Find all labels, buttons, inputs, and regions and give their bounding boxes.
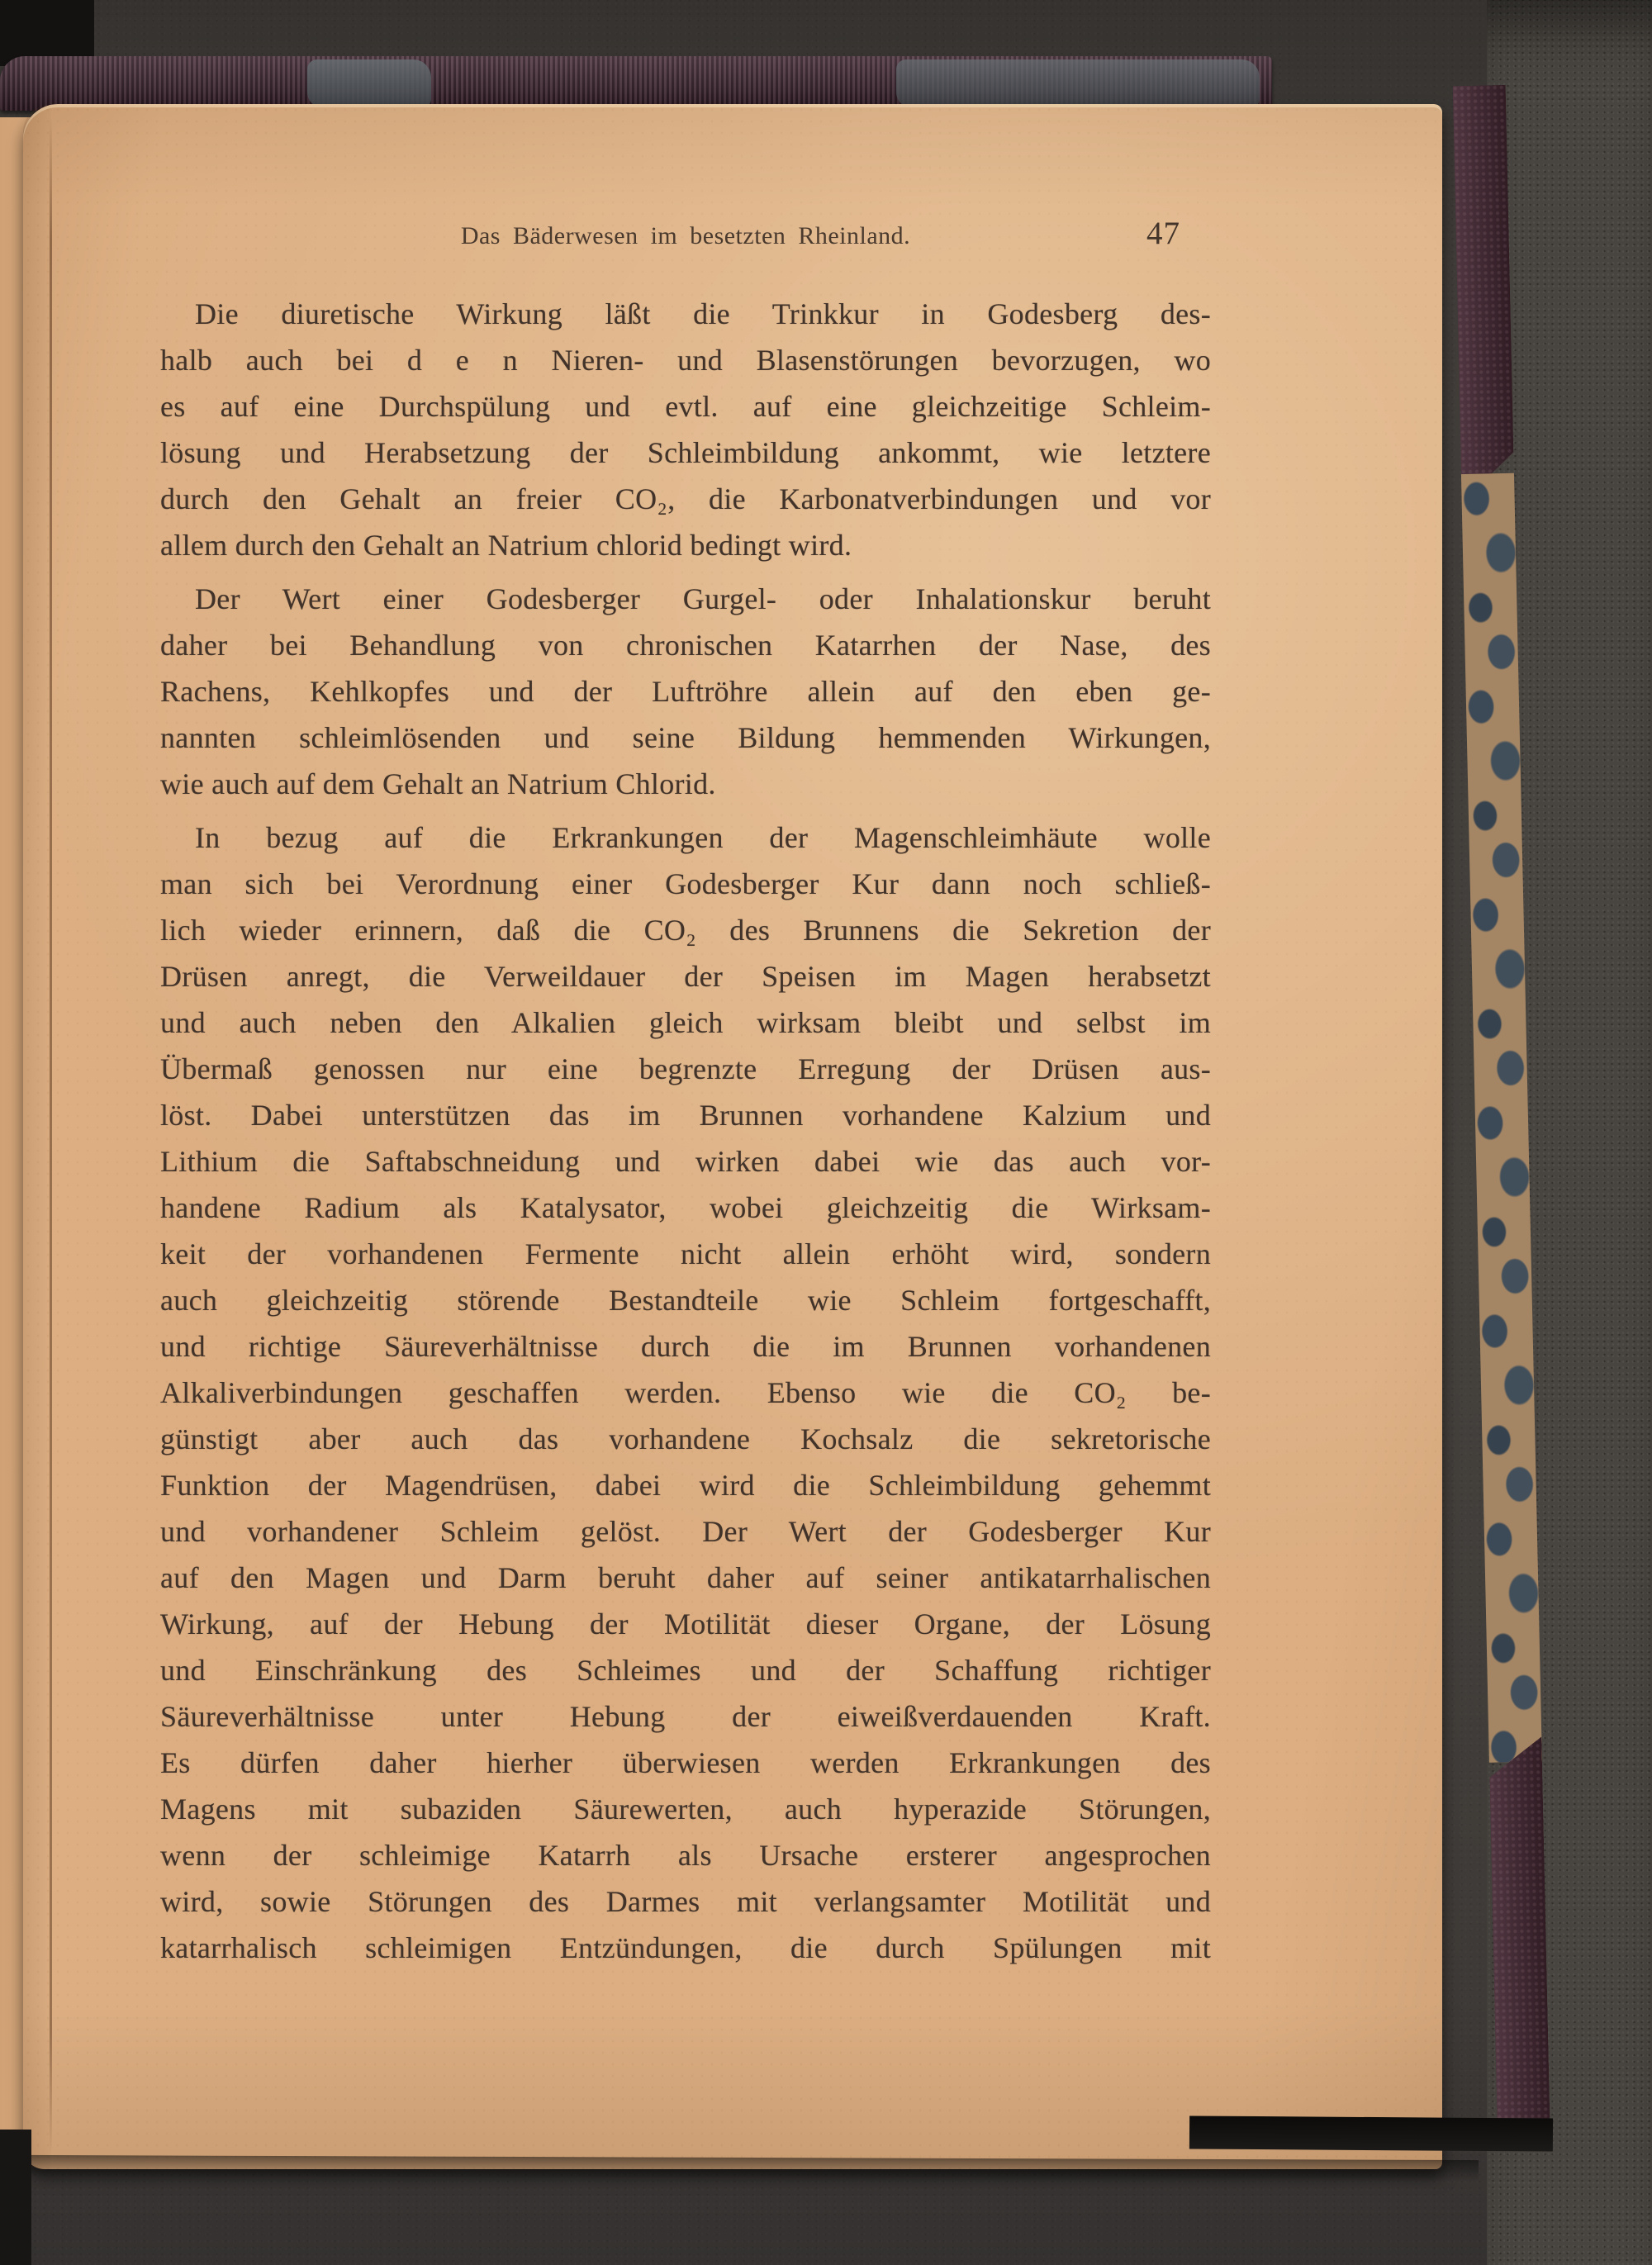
paragraph: Der Wert einer Godesberger Gurgel- oder … [160, 576, 1211, 807]
text-line: keit der vorhandenen Fermente nicht alle… [160, 1231, 1211, 1277]
text-line: Magens mit subaziden Säurewerten, auch h… [160, 1786, 1211, 1832]
leather-corner-top [1453, 85, 1515, 503]
text-line: Drüsen anregt, die Verweildauer der Spei… [160, 953, 1211, 1000]
bottom-left-dark-gap [0, 2130, 31, 2265]
book-page-scan: Das Bäderwesen im besetzten Rheinland. 4… [0, 0, 1652, 2265]
text-line: auch gleichzeitig störende Bestandteile … [160, 1277, 1211, 1323]
text-line: In bezug auf die Erkrankungen der Magens… [160, 814, 1211, 861]
text-line: durch den Gehalt an freier CO₂, die Karb… [160, 476, 1211, 522]
text-line: allem durch den Gehalt an Natrium chlori… [160, 522, 1211, 568]
text-line: lich wieder erinnern, daß die CO₂ des Br… [160, 907, 1211, 953]
paragraph: In bezug auf die Erkrankungen der Magens… [160, 814, 1211, 1971]
body-text: Die diuretische Wirkung läßt die Trinkku… [160, 291, 1211, 1978]
text-line: katarrhalisch schleimigen Entzündungen, … [160, 1925, 1211, 1971]
headband-worn-patch [896, 59, 1260, 107]
book-page: Das Bäderwesen im besetzten Rheinland. 4… [23, 104, 1442, 2169]
text-line: und vorhandener Schleim gelöst. Der Wert… [160, 1508, 1211, 1555]
text-line: Die diuretische Wirkung läßt die Trinkku… [160, 291, 1211, 337]
text-line: halb auch bei d e n Nieren- und Blasenst… [160, 337, 1211, 383]
text-line: löst. Dabei unterstützen das im Brunnen … [160, 1092, 1211, 1138]
text-line: es auf eine Durchspülung und evtl. auf e… [160, 383, 1211, 430]
text-line: Alkaliverbindungen geschaffen werden. Eb… [160, 1370, 1211, 1416]
text-line: wie auch auf dem Gehalt an Natrium Chlor… [160, 761, 1211, 807]
text-line: Funktion der Magendrüsen, dabei wird die… [160, 1462, 1211, 1508]
leather-corner-bottom [1488, 1736, 1550, 2134]
text-line: Rachens, Kehlkopfes und der Luftröhre al… [160, 668, 1211, 715]
paragraph: Die diuretische Wirkung läßt die Trinkku… [160, 291, 1211, 568]
text-line: nannten schleimlösenden und seine Bildun… [160, 715, 1211, 761]
gutter-shadow [23, 104, 51, 2169]
text-line: daher bei Behandlung von chronischen Kat… [160, 622, 1211, 668]
binding-bottom-shadow [1189, 2115, 1553, 2151]
text-line: auf den Magen und Darm beruht daher auf … [160, 1555, 1211, 1601]
book-top-headband [0, 56, 1272, 111]
text-line: handene Radium als Katalysator, wobei gl… [160, 1185, 1211, 1231]
text-line: Übermaß genossen nur eine begrenzte Erre… [160, 1046, 1211, 1092]
text-line: Lithium die Saftabschneidung und wirken … [160, 1138, 1211, 1185]
text-line: Der Wert einer Godesberger Gurgel- oder … [160, 576, 1211, 622]
text-line: lösung und Herabsetzung der Schleimbildu… [160, 430, 1211, 476]
text-line: und auch neben den Alkalien gleich wirks… [160, 1000, 1211, 1046]
text-line: und richtige Säureverhältnisse durch die… [160, 1323, 1211, 1370]
text-line: Säureverhältnisse unter Hebung der eiwei… [160, 1693, 1211, 1740]
text-line: Wirkung, auf der Hebung der Motilität di… [160, 1601, 1211, 1647]
page-number: 47 [1146, 216, 1246, 251]
headband-worn-patch [307, 59, 431, 107]
text-line: man sich bei Verordnung einer Godesberge… [160, 861, 1211, 907]
text-line: wenn der schleimige Katarrh als Ursache … [160, 1832, 1211, 1878]
text-line: günstigt aber auch das vorhandene Kochsa… [160, 1416, 1211, 1462]
text-line: und Einschränkung des Schleimes und der … [160, 1647, 1211, 1693]
text-line: wird, sowie Störungen des Darmes mit ver… [160, 1878, 1211, 1925]
text-line: Es dürfen daher hierher überwiesen werde… [160, 1740, 1211, 1786]
running-header: Das Bäderwesen im besetzten Rheinland. [160, 221, 1211, 251]
gutter-crease-line [50, 117, 52, 2154]
